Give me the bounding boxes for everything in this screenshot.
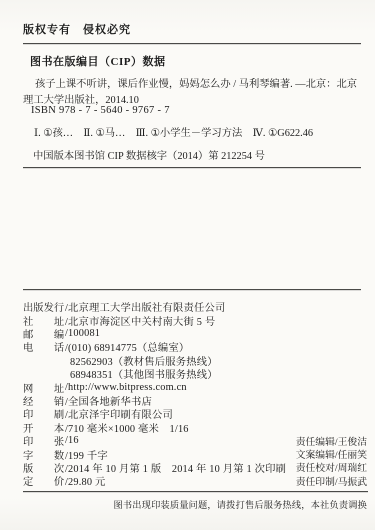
editor-name: /马振武 <box>335 474 367 488</box>
editor-label: 责任校对 <box>296 460 335 474</box>
colophon-row-publisher: 出版发行 /北京理工大学出版社有限责任公司 <box>23 300 368 313</box>
copyright-page: 版权专有 侵权必究 图书在版编目（CIP）数据 孩子上课不听讲，课后作业慢，妈妈… <box>0 0 375 530</box>
colophon-row-phone2: 82562903（教材售后服务热线） <box>23 354 368 367</box>
colophon-value: /710 毫米×1000 毫米 1/16 <box>65 420 189 435</box>
colophon-value: /100081 <box>65 328 100 339</box>
quality-notice: 图书出现印装质量问题，请拨打售后服务热线，本社负责调换 <box>114 497 367 511</box>
copyright-notice: 版权专有 侵权必究 <box>23 21 131 37</box>
isbn: ISBN 978 - 7 - 5640 - 9767 - 7 <box>31 105 170 116</box>
colophon-label: 定 价 <box>23 473 65 488</box>
cip-record-number: 中国版本图书馆 CIP 数据核字（2014）第 212254 号 <box>33 147 265 162</box>
cip-heading: 图书在版编目（CIP）数据 <box>30 53 165 69</box>
editor-row-copy-editor: 文案编辑/任丽笑 <box>296 447 367 460</box>
divider-bottom <box>23 491 368 492</box>
editors-block: 责任编辑/王俊洁 文案编辑/任丽笑 责任校对/周瑞红 责任印制/马振武 <box>296 434 367 488</box>
editor-name: /任丽笑 <box>335 447 367 461</box>
colophon-row-printer: 印 刷 /北京泽宇印刷有限公司 <box>23 407 368 420</box>
divider-cip-bottom <box>23 167 361 168</box>
colophon-value: /北京市海淀区中关村南大街 5 号 <box>65 313 215 328</box>
colophon-row-format: 开 本 /710 毫米×1000 毫米 1/16 <box>23 421 368 434</box>
colophon-value: /29.80 元 <box>65 473 106 488</box>
editor-name: /周瑞红 <box>335 460 367 474</box>
colophon-row-distribution: 经 销 /全国各地新华书店 <box>23 394 368 407</box>
editor-name: /王俊洁 <box>335 434 367 448</box>
divider-top <box>23 43 361 44</box>
editor-label: 责任编辑 <box>296 434 335 448</box>
colophon-row-address: 社 址 /北京市海淀区中关村南大街 5 号 <box>23 313 368 326</box>
cip-classification: Ⅰ. ①孩… Ⅱ. ①马… Ⅲ. ①小学生－学习方法 Ⅳ. ①G622.46 <box>34 124 313 139</box>
colophon-row-phone: 电 话 /(010) 68914775（总编室） <box>23 340 368 353</box>
cip-title-line2: 理工大学出版社，2014.10 <box>23 91 139 106</box>
colophon-row-website: 网 址 /http://www.bitpress.com.cn <box>23 380 368 393</box>
colophon-value: /16 <box>65 435 79 446</box>
editor-row-responsible-editor: 责任编辑/王俊洁 <box>296 434 367 447</box>
divider-colophon-top <box>23 289 361 290</box>
editor-label: 文案编辑 <box>296 447 335 461</box>
editor-row-proofreader: 责任校对/周瑞红 <box>296 461 367 474</box>
cip-title-line1: 孩子上课不听讲，课后作业慢，妈妈怎么办 / 马利琴编著. —北京：北京 <box>35 75 357 90</box>
editor-label: 责任印制 <box>296 474 335 488</box>
colophon-row-postcode: 邮 编 /100081 <box>23 327 368 340</box>
colophon-row-phone3: 68948351（其他图书服务热线） <box>23 367 368 380</box>
colophon-value: /http://www.bitpress.com.cn <box>65 382 187 393</box>
editor-row-print-supervisor: 责任印制/马振武 <box>296 474 367 487</box>
